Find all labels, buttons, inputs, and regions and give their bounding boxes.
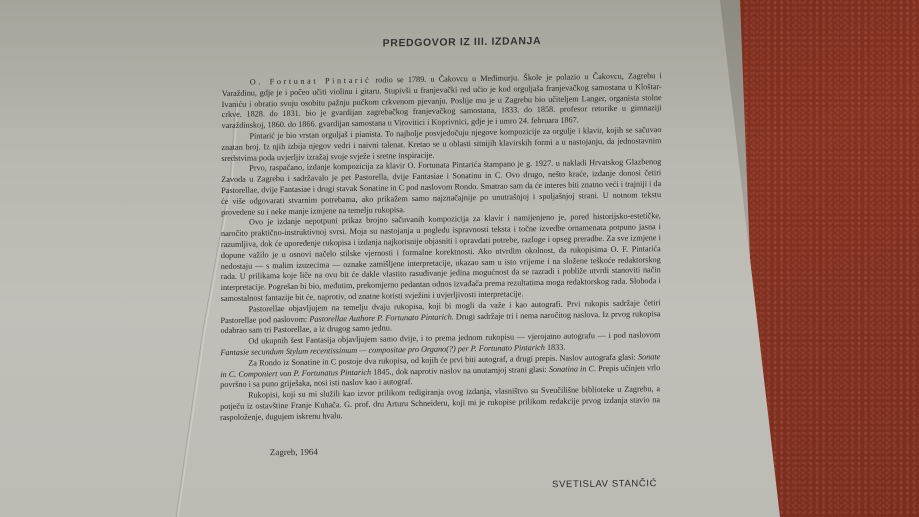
paragraph-1: O. Fortunat Pintarić rodio se 1789. u Ča… [222, 71, 662, 132]
preface-footer: Zagreb, 1964 SVETISLAV STANČIĆ [268, 438, 689, 502]
author-name-spaced: O. Fortunat Pintarić [250, 76, 372, 87]
manuscript-title: Sonatina in C [549, 364, 594, 374]
author-signature: SVETISLAV STANČIĆ [552, 478, 657, 490]
preface-text-block: PREDGOVOR IZ III. IZDANJA O. Fortunat Pi… [220, 33, 662, 423]
paragraph-3: Prvo, raspačano, izdanje kompozicija za … [221, 157, 661, 218]
paragraph-4: Ovo je izdanje nepotpuni prikaz brojno s… [221, 211, 661, 304]
manuscript-title: Pastorellae Authore P. Fortunato Pintari… [309, 312, 451, 323]
paragraph-8: Rukopisi, koji su mi služili kao izvor p… [220, 384, 660, 423]
place-date: Zagreb, 1964 [270, 447, 318, 458]
